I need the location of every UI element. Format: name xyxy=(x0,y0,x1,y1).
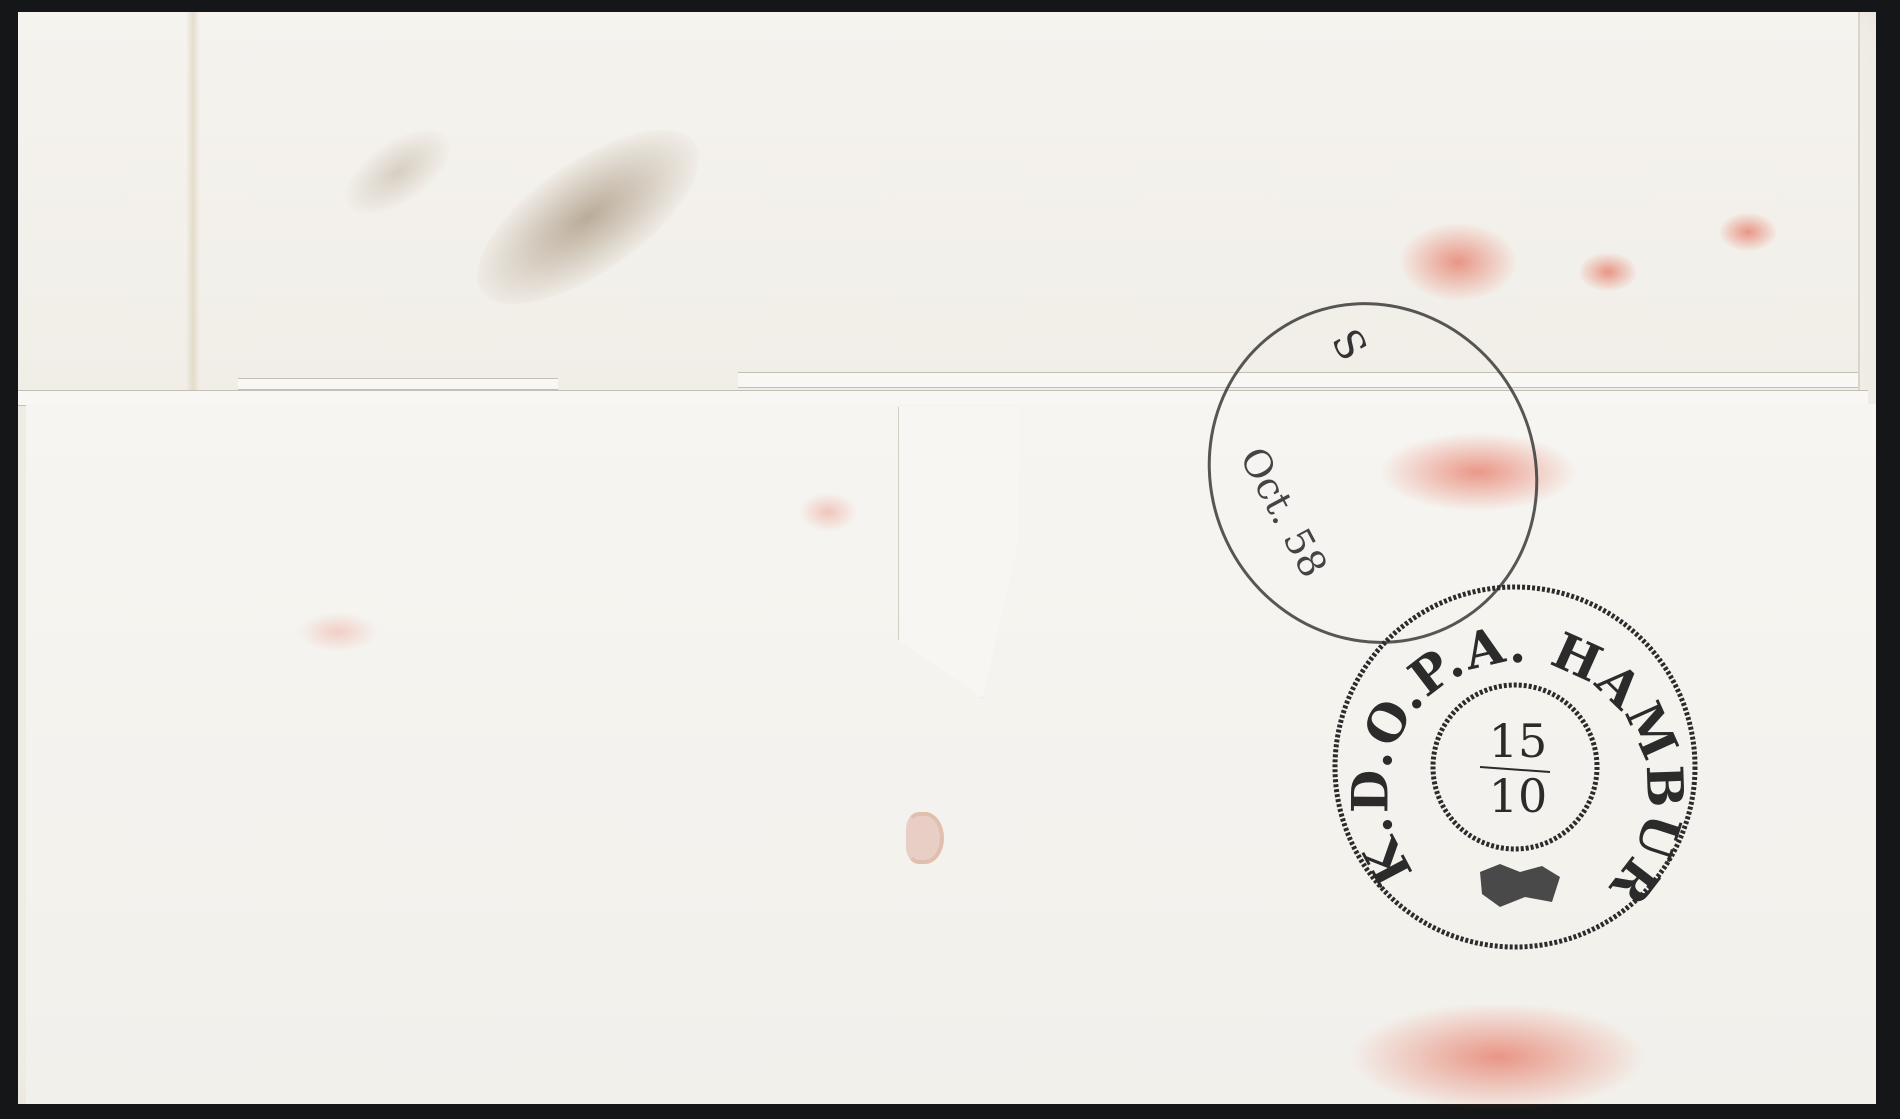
red-offset-mark xyxy=(1718,212,1778,252)
hamburg-postmark: K.D.O.P.A. HAMBURG 15 10 xyxy=(1320,572,1710,962)
red-offset-mark xyxy=(1578,252,1638,292)
crowned-post-horn-icon xyxy=(1480,864,1560,907)
hamburg-month: 10 xyxy=(1489,769,1548,823)
upper-flap xyxy=(18,12,1860,400)
red-offset-mark xyxy=(1398,222,1518,302)
wax-seal-remnant xyxy=(906,812,944,864)
flap-edge-strip-left xyxy=(238,378,558,390)
red-offset-mark xyxy=(298,612,378,652)
red-offset-mark xyxy=(798,492,858,532)
red-offset-mark xyxy=(1348,1002,1648,1112)
hamburg-postmark-graphic: K.D.O.P.A. HAMBURG 15 10 xyxy=(1320,572,1710,962)
hamburg-day: 15 xyxy=(1489,714,1548,768)
